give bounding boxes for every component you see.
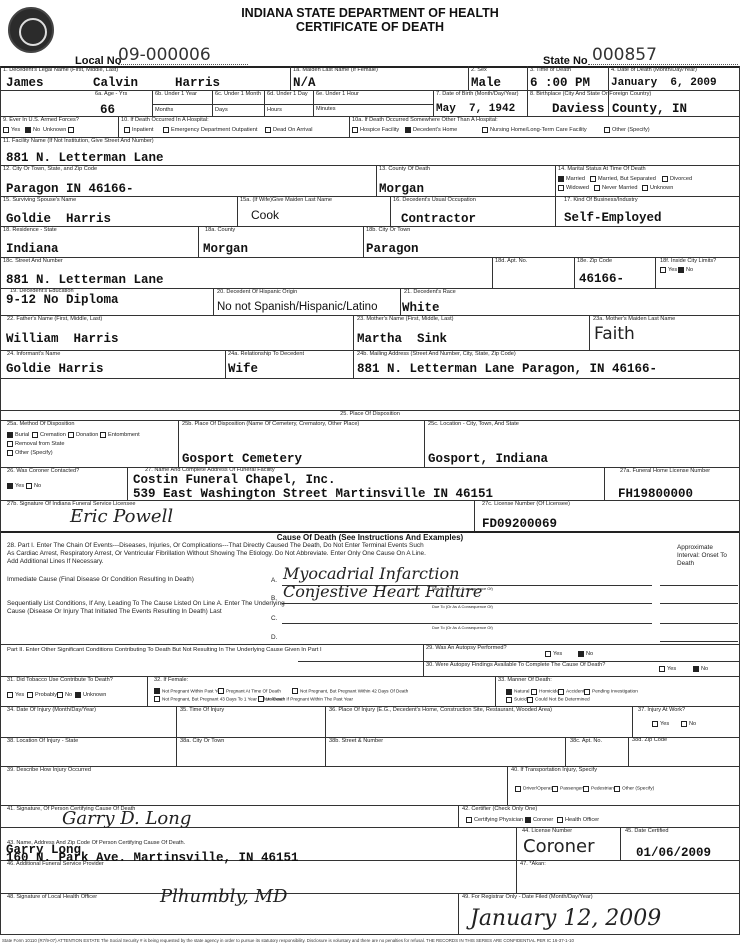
funeral-license-value[interactable]: FH19800000 bbox=[618, 488, 693, 501]
local-no-value: 09-000006 bbox=[118, 45, 211, 65]
field-22-label: 22. Father's Name (First, Middle, Last) bbox=[7, 317, 102, 323]
field-38-label: 38. Location Of Injury - State bbox=[7, 739, 78, 745]
license-number-value[interactable]: Coroner bbox=[523, 838, 594, 856]
field-18-label: 18. Residence - State bbox=[3, 228, 57, 234]
cause-of-death-heading: Cause Of Death (See Instructions And Exa… bbox=[0, 533, 740, 542]
city-limits-no[interactable]: No bbox=[678, 268, 693, 275]
part1-instructions: 28. Part I. Enter The Chain Of Events---… bbox=[7, 542, 427, 566]
field-38a-label: 38a. City Or Town bbox=[180, 739, 224, 745]
disposition-removal[interactable]: Removal from State bbox=[7, 442, 64, 449]
other-hospice[interactable]: Hospice Facility bbox=[352, 128, 399, 135]
coroner-contacted-yes[interactable]: Yes bbox=[7, 484, 24, 491]
months-label: Months bbox=[155, 108, 173, 114]
hispanic-origin-value[interactable]: No not Spanish/Hispanic/Latino bbox=[217, 302, 377, 314]
part2-instructions: Part II. Enter Other Significant Conditi… bbox=[7, 646, 322, 654]
disposition-other[interactable]: Other (Specify) bbox=[7, 451, 53, 458]
field-40-label: 40. If Transportation Injury, Specify bbox=[511, 768, 597, 774]
injury-at-work-no[interactable]: No bbox=[681, 722, 696, 729]
residence-state-value[interactable]: Indiana bbox=[6, 243, 59, 256]
due-to-b: Due To (Or As A Consequence Of) bbox=[432, 605, 493, 609]
field-1a-label: 1a. Maiden Last Name (If Female) bbox=[293, 68, 378, 74]
disposition-cremation[interactable]: Cremation bbox=[32, 433, 66, 440]
female-pregnant-42-days[interactable]: Not Pregnant, But Pregnant Within 42 Day… bbox=[292, 689, 408, 695]
business-industry-value[interactable]: Self-Employed bbox=[564, 212, 662, 225]
residence-street-value[interactable]: 881 N. Letterman Lane bbox=[6, 274, 164, 287]
autopsy-yes[interactable]: Yes bbox=[545, 652, 562, 659]
field-6d-label: 6d. Under 1 Day bbox=[267, 92, 308, 98]
date-of-death-value[interactable]: January 6, 2009 bbox=[611, 78, 717, 89]
armed-forces-unknown[interactable]: Unknown bbox=[43, 128, 76, 135]
marital-unknown[interactable]: Unknown bbox=[642, 186, 673, 193]
residence-city-value[interactable]: Paragon bbox=[366, 243, 419, 256]
maiden-name-value[interactable]: N/A bbox=[293, 77, 316, 90]
female-pregnant-at-death[interactable]: Pregnant At Time Of Death bbox=[218, 689, 281, 695]
field-42-label: 42. Certifier (Check Only One) bbox=[462, 807, 537, 813]
field-15a-label: 15a. (If Wife)Give Maiden Last Name bbox=[240, 198, 332, 204]
days-label: Days bbox=[215, 108, 228, 114]
disposition-location-value[interactable]: Gosport, Indiana bbox=[428, 453, 548, 466]
manner-accident[interactable]: Accident bbox=[558, 690, 584, 697]
field-6b-label: 6b. Under 1 Year bbox=[155, 92, 197, 98]
manner-natural[interactable]: Natural bbox=[506, 690, 529, 697]
cause-line-a[interactable]: Myocadrial Infarction bbox=[283, 566, 459, 582]
female-not-pregnant[interactable]: Not Pregnant Within Past Year bbox=[154, 689, 224, 695]
form-title: CERTIFICATE OF DEATH bbox=[0, 20, 740, 34]
date-certified-value[interactable]: 01/06/2009 bbox=[636, 847, 711, 860]
other-nursing-home[interactable]: Nursing Home/Long-Term Care Facility bbox=[482, 128, 587, 135]
mother-maiden-name-value[interactable]: Faith bbox=[594, 326, 635, 343]
field-31-label: 31. Did Tobacco Use Contribute To Death? bbox=[7, 678, 113, 684]
tobacco-unknown[interactable]: Unknown bbox=[75, 693, 106, 700]
field-23a-label: 23a. Mother's Maiden Last Name bbox=[593, 317, 675, 323]
autopsy-findings-no[interactable]: No bbox=[693, 667, 708, 674]
age-value[interactable]: 66 bbox=[100, 104, 115, 117]
county-of-death-value[interactable]: Morgan bbox=[379, 183, 424, 196]
certifier-physician[interactable]: Certifying Physician bbox=[466, 818, 523, 825]
due-to-c: Due To (Or As A Consequence Of) bbox=[432, 626, 493, 630]
field-18c-label: 18c. Street And Number bbox=[3, 259, 63, 265]
field-44-label: 44. License Number bbox=[522, 829, 572, 835]
line-a-letter: A. bbox=[271, 577, 277, 585]
field-7-label: 7. Date of Birth (Month/Day/Year) bbox=[436, 92, 519, 98]
field-38d-label: 38d. Zip Code bbox=[632, 738, 667, 744]
funeral-facility-name[interactable]: Costin Funeral Chapel, Inc. bbox=[133, 474, 336, 487]
field-18d-label: 18d. Apt. No. bbox=[495, 259, 527, 265]
manner-pending[interactable]: Pending Investigation bbox=[584, 690, 638, 697]
cause-line-b[interactable]: Conjestive Heart Failure bbox=[283, 584, 482, 600]
sex-value[interactable]: Male bbox=[471, 77, 501, 90]
field-30-label: 30. Were Autopsy Findings Available To C… bbox=[426, 663, 605, 669]
decedent-middle-name[interactable]: Calvin bbox=[93, 77, 138, 90]
field-24-label: 24. Informant's Name bbox=[7, 352, 60, 358]
field-6e-label: 6e. Under 1 Hour bbox=[316, 92, 359, 98]
field-9-label: 9. Ever In U.S. Armed Forces? bbox=[3, 118, 79, 124]
field-10a-label: 10a. If Death Occurred Somewhere Other T… bbox=[352, 118, 498, 124]
sequential-label: Sequentially List Conditions, If Any, Le… bbox=[7, 600, 287, 616]
education-value[interactable]: 9-12 No Diploma bbox=[6, 294, 119, 307]
marital-married[interactable]: Married bbox=[558, 177, 585, 184]
field-25b-label: 25b. Place Of Disposition (Name Of Cemet… bbox=[182, 422, 359, 428]
hours-label: Hours bbox=[267, 108, 282, 114]
marital-widowed[interactable]: Widowed bbox=[558, 186, 589, 193]
field-6c-label: 6c. Under 1 Month bbox=[215, 92, 261, 98]
residence-county-value[interactable]: Morgan bbox=[203, 243, 248, 256]
certifier-coroner[interactable]: Coroner bbox=[525, 818, 553, 825]
licensee-number-value[interactable]: FD09200069 bbox=[482, 518, 557, 531]
father-name-value[interactable]: William Harris bbox=[6, 333, 119, 346]
occupation-value[interactable]: Contractor bbox=[401, 213, 476, 226]
field-4-label: 4. Date of Death (Month/Day/Year) bbox=[611, 68, 697, 74]
field-10-label: 10. If Death Occurred In A Hospital: bbox=[121, 118, 209, 124]
field-26-label: 26. Was Coroner Contacted? bbox=[7, 469, 79, 475]
field-18e-label: 18e. Zip Code bbox=[577, 259, 612, 265]
field-20-label: 20. Decedent Of Hispanic Origin bbox=[217, 290, 297, 296]
race-value[interactable]: White bbox=[402, 302, 440, 315]
field-18a-label: 18a. County bbox=[205, 228, 235, 234]
field-36-label: 36. Place Of Injury (E.G., Decedent's Ho… bbox=[329, 708, 552, 714]
city-limits-yes[interactable]: Yes bbox=[660, 268, 677, 275]
field-47-label: 47. *Akan: bbox=[520, 862, 546, 868]
female-pregnant-unknown[interactable]: Unknown If Pregnant Within The Past Year bbox=[258, 697, 353, 703]
disposition-donation[interactable]: Donation bbox=[68, 433, 98, 440]
field-16-label: 16. Decedent's Usual Occupation bbox=[393, 198, 476, 204]
field-18b-label: 18b. City Or Town bbox=[366, 228, 410, 234]
date-filed-value[interactable]: January 12, 2009 bbox=[470, 908, 661, 930]
field-8-label: 8. Birthplace (City And State Or Foreign… bbox=[530, 92, 651, 98]
field-49-label: 49. For Registrar Only - Date Filed (Mon… bbox=[462, 895, 593, 901]
hospital-inpatient[interactable]: Inpatient bbox=[124, 128, 153, 135]
time-of-death-value[interactable]: 6 :00 PM bbox=[530, 77, 590, 90]
field-25-label: 25. Place Of Disposition bbox=[0, 412, 740, 418]
field-33-label: 33. Manner Of Death: bbox=[498, 678, 552, 684]
field-29-label: 29. Was An Autopsy Performed? bbox=[426, 646, 507, 652]
autopsy-no[interactable]: No bbox=[578, 652, 593, 659]
field-2-label: 2. Sex bbox=[471, 68, 487, 74]
field-3-label: 3. Time of Death bbox=[530, 68, 571, 74]
disposition-entombment[interactable]: Entombment bbox=[100, 433, 140, 440]
coroner-contacted-no[interactable]: No bbox=[26, 484, 41, 491]
field-6a-label: 6a. Age - Yrs bbox=[95, 92, 127, 98]
transport-driver[interactable]: Driver/Operator bbox=[515, 787, 556, 794]
injury-at-work-yes[interactable]: Yes bbox=[652, 722, 669, 729]
manner-homicide[interactable]: Homicide bbox=[531, 690, 559, 697]
field-11-label: 11. Facility Name (If Not Institution, G… bbox=[3, 139, 154, 145]
field-24b-label: 24b. Mailing Address (Street And Number,… bbox=[357, 352, 516, 358]
field-1-label: 1. Decedent's Legal Name (First, Middle,… bbox=[3, 68, 118, 74]
field-45-label: 45. Date Certified bbox=[625, 829, 669, 835]
disposition-place-value[interactable]: Gosport Cemetery bbox=[182, 453, 302, 466]
informant-name-value[interactable]: Goldie Harris bbox=[6, 363, 104, 376]
other-specify[interactable]: Other (Specify) bbox=[604, 128, 650, 135]
line-b-letter: B. bbox=[271, 595, 277, 603]
informant-address-value[interactable]: 881 N. Letterman Lane Paragon, IN 46166- bbox=[357, 363, 657, 376]
transport-pedestrian[interactable]: Pedestrian bbox=[583, 787, 614, 794]
city-state-zip-value[interactable]: Paragon IN 46166- bbox=[6, 183, 134, 196]
field-39-label: 39. Describe How Injury Occurred bbox=[7, 768, 91, 774]
other-decedents-home[interactable]: Decedent's Home bbox=[405, 128, 457, 135]
health-officer-signature: Plhumbly, MD bbox=[160, 888, 288, 906]
armed-forces-yes[interactable]: Yes bbox=[3, 128, 20, 135]
decedent-first-name[interactable]: James bbox=[6, 77, 44, 90]
tobacco-no[interactable]: No bbox=[57, 693, 72, 700]
autopsy-findings-yes[interactable]: Yes bbox=[659, 667, 676, 674]
field-23-label: 23. Mother's Name (First, Middle, Last) bbox=[357, 317, 454, 323]
marital-never-married[interactable]: Never Married bbox=[594, 186, 637, 193]
minutes-label: Minutes bbox=[316, 107, 336, 113]
field-48-label: 48. Signature of Local Health Officer bbox=[7, 895, 97, 901]
field-37-label: 37. Injury At Work? bbox=[638, 708, 685, 714]
field-21-label: 21. Decedent's Race bbox=[404, 290, 456, 296]
spouse-maiden-name-value[interactable]: Cook bbox=[251, 209, 279, 221]
line-c-letter: C. bbox=[271, 615, 277, 623]
field-17-label: 17. Kind Of Business/Industry bbox=[564, 198, 638, 204]
informant-relationship-value[interactable]: Wife bbox=[228, 363, 258, 376]
facility-name-value[interactable]: 881 N. Letterman Lane bbox=[6, 152, 164, 165]
field-25c-label: 25c. Location - City, Town, And State bbox=[428, 422, 519, 428]
field-38b-label: 38b. Street & Number bbox=[329, 739, 383, 745]
field-12-label: 12. City Or Town, State, and Zip Code bbox=[3, 167, 97, 173]
transport-passenger[interactable]: Passenger bbox=[552, 787, 583, 794]
residence-zip-value[interactable]: 46166- bbox=[579, 273, 624, 286]
field-27a-label: 27a. Funeral Home License Number bbox=[620, 469, 710, 475]
mother-name-value[interactable]: Martha Sink bbox=[357, 333, 447, 346]
field-15-label: 15. Surviving Spouse's Name bbox=[3, 198, 76, 204]
hospital-doa[interactable]: Dead On Arrival bbox=[265, 128, 312, 135]
date-of-birth-value[interactable]: May 7, 1942 bbox=[436, 104, 515, 115]
armed-forces-no[interactable]: No bbox=[25, 128, 40, 135]
tobacco-probably[interactable]: Probably bbox=[27, 693, 57, 700]
birthplace-value[interactable]: Daviess County, IN bbox=[552, 103, 687, 116]
decedent-last-name[interactable]: Harris bbox=[175, 77, 220, 90]
interval-label: Approximate Interval: Onset To Death bbox=[677, 544, 737, 568]
field-24a-label: 24a. Relationship To Decedent bbox=[228, 352, 304, 358]
marital-divorced[interactable]: Divorced bbox=[662, 177, 692, 184]
field-35-label: 35. Time Of Injury bbox=[180, 708, 224, 714]
field-27c-label: 27c. License Number (Of Licensee) bbox=[482, 502, 570, 508]
field-32-label: 32. If Female: bbox=[154, 678, 188, 684]
field-38c-label: 38c. Apt. No. bbox=[570, 739, 602, 745]
agency-title: INDIANA STATE DEPARTMENT OF HEALTH bbox=[0, 6, 740, 20]
state-no-value: 000857 bbox=[592, 45, 657, 65]
line-d-letter: D. bbox=[271, 634, 277, 642]
certifier-health-officer[interactable]: Health Officer bbox=[557, 818, 599, 825]
transport-other[interactable]: Other (Specify) bbox=[614, 787, 654, 794]
field-25a-label: 25a. Method Of Disposition bbox=[7, 422, 74, 428]
field-14-label: 14. Marital Status At Time Of Death bbox=[558, 167, 646, 173]
manner-undetermined[interactable]: Could Not Be Determined bbox=[527, 698, 590, 705]
funeral-facility-address[interactable]: 539 East Washington Street Martinsville … bbox=[133, 488, 493, 501]
marital-separated[interactable]: Married, But Separated bbox=[590, 177, 656, 184]
certifier-signature: Garry D. Long bbox=[62, 810, 191, 828]
disposition-burial[interactable]: Burial bbox=[7, 433, 29, 440]
hospital-er-outpatient[interactable]: Emergency Department Outpatient bbox=[163, 128, 257, 135]
immediate-cause-label: Immediate Cause (Final Disease Or Condit… bbox=[7, 576, 287, 584]
form-footer: State Form 10110 (R7/9-07) ATTENTION EST… bbox=[2, 938, 574, 943]
field-18f-label: 18f. Inside City Limits? bbox=[660, 259, 716, 265]
licensee-signature: Eric Powell bbox=[70, 508, 173, 526]
field-46-label: 46. Additional Funeral Service Provider bbox=[7, 862, 104, 868]
tobacco-yes[interactable]: Yes bbox=[7, 693, 24, 700]
field-13-label: 13. County Of Death bbox=[379, 167, 430, 173]
spouse-name-value[interactable]: Goldie Harris bbox=[6, 213, 111, 226]
field-34-label: 34. Date Of Injury (Month/Day/Year) bbox=[7, 708, 96, 714]
